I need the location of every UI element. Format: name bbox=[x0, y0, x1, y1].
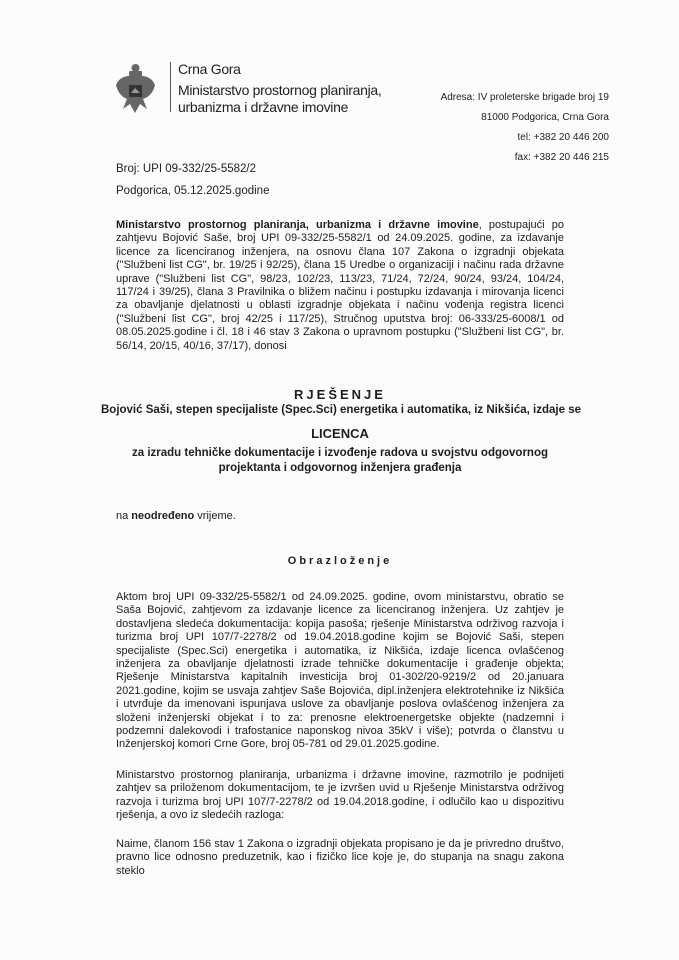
reasoning-paragraph-3: Naime, članom 156 stav 1 Zakona o izgrad… bbox=[116, 838, 564, 878]
duration-prefix: na bbox=[116, 510, 131, 522]
intro-bold-lead: Ministarstvo prostornog planiranja, urba… bbox=[116, 219, 479, 231]
contact-block: Adresa: IV proleterske brigade broj 19 8… bbox=[441, 88, 609, 168]
header-divider bbox=[170, 62, 171, 112]
address-line1: Adresa: IV proleterske brigade broj 19 bbox=[441, 88, 609, 108]
coat-of-arms-icon bbox=[113, 63, 158, 115]
address-line2: 81000 Podgorica, Crna Gora bbox=[441, 108, 609, 128]
decision-subject: Bojović Saši, stepen specijaliste (Spec.… bbox=[96, 404, 586, 416]
ministry-name-line2: urbanizma i državne imovine bbox=[178, 99, 382, 116]
reasoning-paragraph-2: Ministarstvo prostornog planiranja, urba… bbox=[116, 769, 564, 823]
country-name: Crna Gora bbox=[178, 61, 382, 78]
intro-text: , postupajući po zahtjevu Bojović Saše, … bbox=[116, 219, 564, 352]
telephone: tel: +382 20 446 200 bbox=[441, 128, 609, 148]
document-page: Crna Gora Ministarstvo prostornog planir… bbox=[0, 0, 679, 960]
duration-bold: neodređeno bbox=[131, 510, 194, 522]
licence-duration: na neodređeno vrijeme. bbox=[116, 510, 236, 522]
intro-paragraph: Ministarstvo prostornog planiranja, urba… bbox=[116, 219, 564, 353]
ministry-name-line1: Ministarstvo prostornog planiranja, bbox=[178, 82, 382, 99]
duration-suffix: vrijeme. bbox=[194, 510, 236, 522]
document-meta: Broj: UPI 09-332/25-5582/2 Podgorica, 05… bbox=[116, 158, 269, 202]
fax: fax: +382 20 446 215 bbox=[441, 148, 609, 168]
document-number: Broj: UPI 09-332/25-5582/2 bbox=[116, 158, 269, 180]
place-date: Podgorica, 05.12.2025.godine bbox=[116, 180, 269, 202]
reasoning-paragraph-1: Aktom broj UPI 09-332/25-5582/1 od 24.09… bbox=[116, 591, 564, 752]
ministry-header: Crna Gora Ministarstvo prostornog planir… bbox=[178, 61, 382, 116]
licence-label: LICENCA bbox=[100, 426, 580, 441]
decision-title: RJEŠENJE bbox=[100, 387, 580, 402]
reasoning-title: Obrazloženje bbox=[100, 555, 580, 567]
licence-scope: za izradu tehničke dokumentacije i izvođ… bbox=[130, 446, 550, 476]
